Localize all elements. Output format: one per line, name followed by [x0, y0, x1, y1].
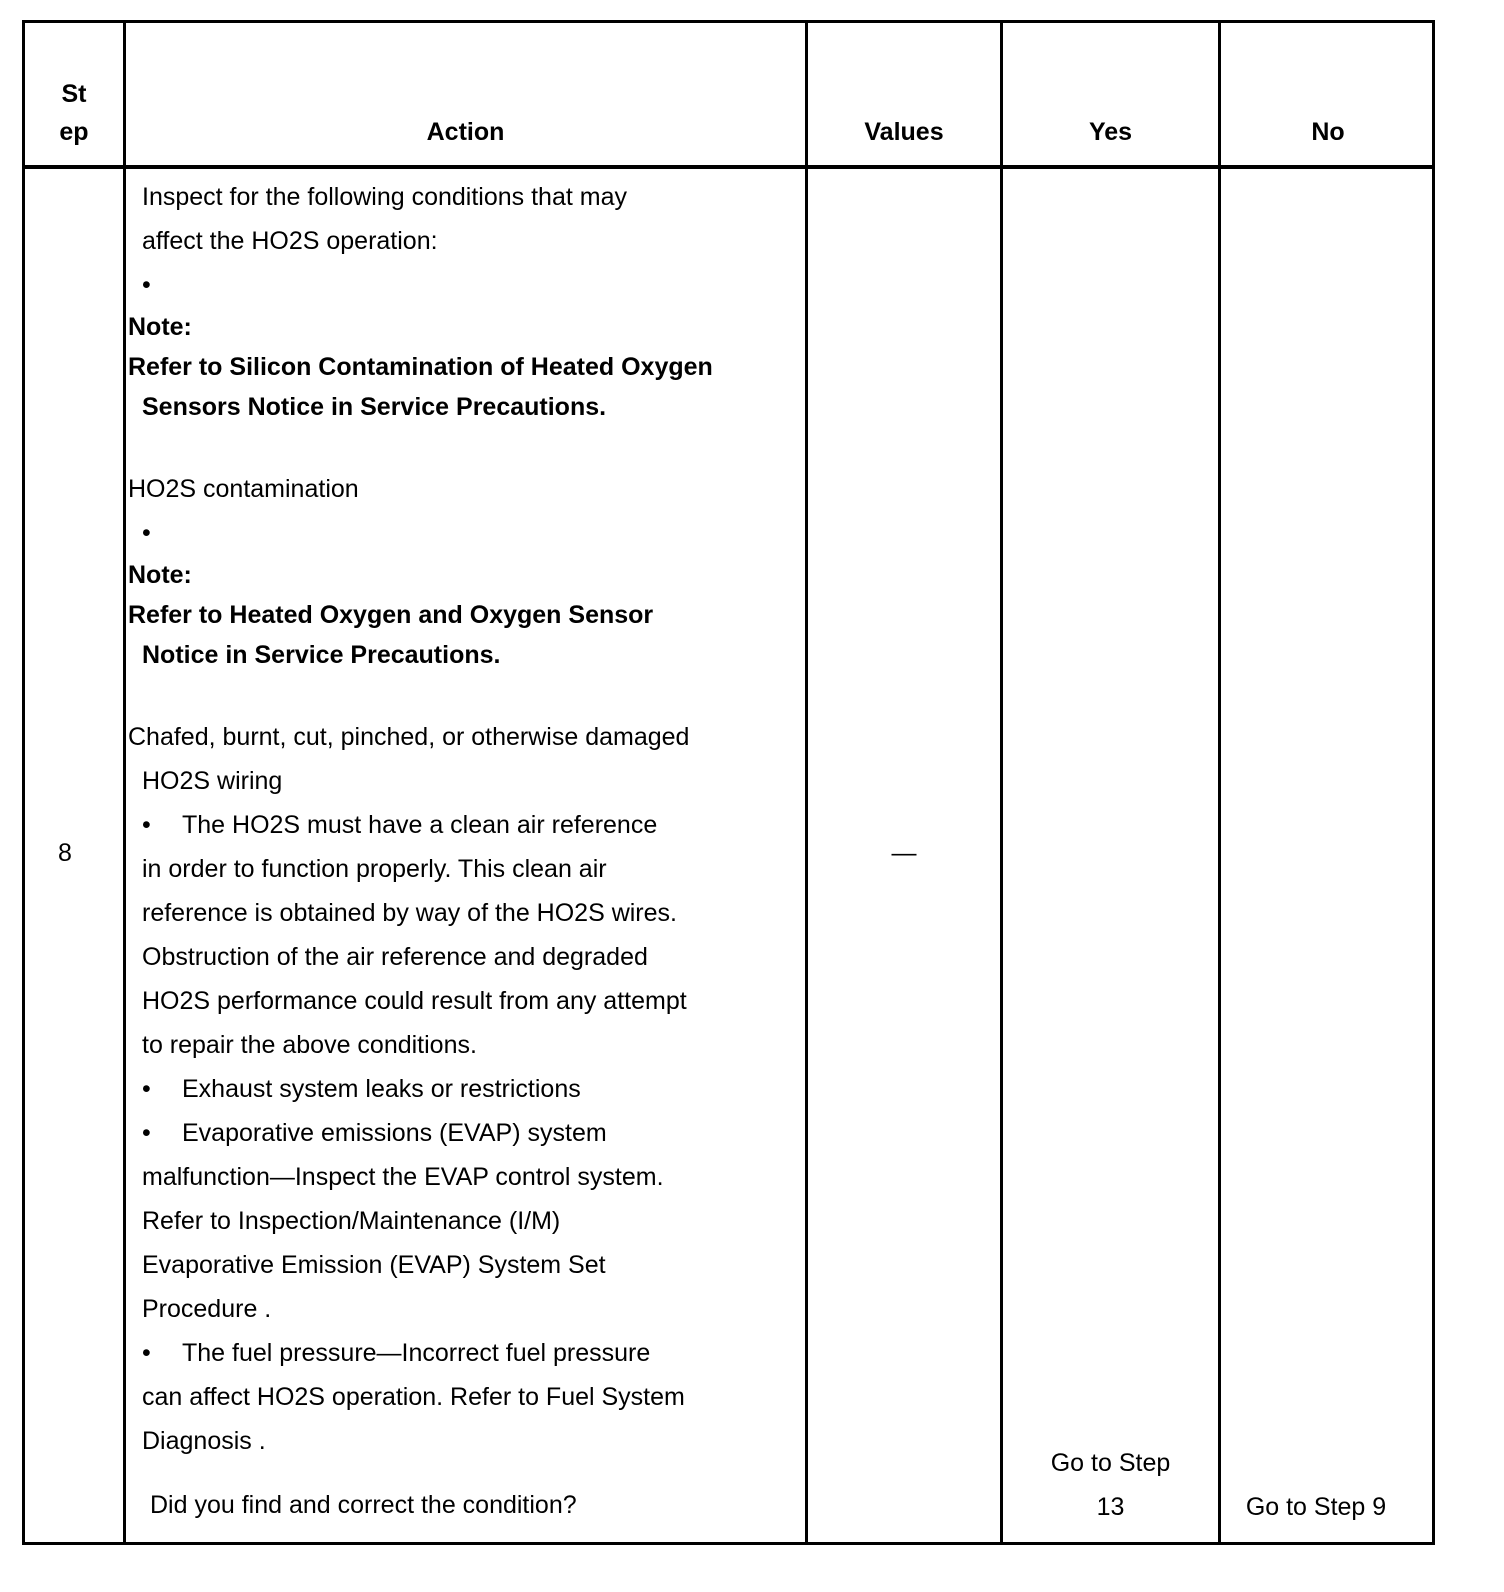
blank-line: [128, 427, 803, 467]
bullet-text: Evaporative emissions (EVAP) system: [182, 1119, 607, 1147]
action-line: •: [128, 511, 803, 555]
action-line: affect the HO2S operation:: [128, 219, 803, 263]
no-cell[interactable]: Go to Step 9: [1221, 1485, 1411, 1529]
column-divider: [1218, 23, 1221, 1542]
bullet-item: •Evaporative emissions (EVAP) system: [128, 1111, 803, 1155]
yes-link-line[interactable]: 13: [1003, 1485, 1218, 1529]
bullet-text: The fuel pressure—Incorrect fuel pressur…: [182, 1339, 650, 1367]
header-action: Action: [126, 113, 805, 151]
bullet-text: The HO2S must have a clean air reference: [182, 811, 657, 839]
action-line: HO2S performance could result from any a…: [128, 979, 803, 1023]
note-line: Note:: [128, 307, 803, 347]
action-line: Diagnosis .: [128, 1419, 803, 1463]
header-step: St ep: [25, 75, 123, 151]
action-line: HO2S contamination: [128, 467, 803, 511]
header-step-line: St: [25, 75, 123, 113]
action-line: in order to function properly. This clea…: [128, 847, 803, 891]
action-line: Obstruction of the air reference and deg…: [128, 935, 803, 979]
bullet-icon: •: [142, 1331, 182, 1375]
action-line: reference is obtained by way of the HO2S…: [128, 891, 803, 935]
header-yes: Yes: [1003, 113, 1218, 151]
action-question: Did you find and correct the condition?: [150, 1483, 800, 1527]
header-step-line: ep: [25, 113, 123, 151]
note-line: Note:: [128, 555, 803, 595]
action-line: to repair the above conditions.: [128, 1023, 803, 1067]
action-line: can affect HO2S operation. Refer to Fuel…: [128, 1375, 803, 1419]
bullet-icon: •: [142, 1067, 182, 1111]
note-line: Sensors Notice in Service Precautions.: [128, 387, 803, 427]
note-line: Notice in Service Precautions.: [128, 635, 803, 675]
column-divider: [805, 23, 808, 1542]
bullet-text: Exhaust system leaks or restrictions: [182, 1075, 581, 1103]
bullet-icon: •: [142, 803, 182, 847]
bullet-item: •The fuel pressure—Incorrect fuel pressu…: [128, 1331, 803, 1375]
values-cell: —: [808, 831, 1000, 875]
column-divider: [123, 23, 126, 1542]
step-number: 8: [25, 831, 105, 875]
action-line: Inspect for the following conditions tha…: [128, 175, 803, 219]
header-values: Values: [808, 113, 1000, 151]
action-line: •: [128, 263, 803, 307]
bullet-item: •The HO2S must have a clean air referenc…: [128, 803, 803, 847]
column-divider: [1000, 23, 1003, 1542]
yes-cell[interactable]: Go to Step 13: [1003, 1441, 1218, 1529]
note-line: Refer to Silicon Contamination of Heated…: [128, 347, 803, 387]
action-line: Refer to Inspection/Maintenance (I/M): [128, 1199, 803, 1243]
bullet-icon: •: [142, 1111, 182, 1155]
note-line: Refer to Heated Oxygen and Oxygen Sensor: [128, 595, 803, 635]
diagnostic-table: St ep Action Values Yes No 8 Inspect for…: [22, 20, 1435, 1545]
bullet-item: •Exhaust system leaks or restrictions: [128, 1067, 803, 1111]
header-divider: [25, 165, 1432, 169]
action-line: HO2S wiring: [128, 759, 803, 803]
header-no: No: [1221, 113, 1435, 151]
action-line: Evaporative Emission (EVAP) System Set: [128, 1243, 803, 1287]
action-line: Chafed, burnt, cut, pinched, or otherwis…: [128, 715, 803, 759]
action-line: malfunction—Inspect the EVAP control sys…: [128, 1155, 803, 1199]
yes-link-line[interactable]: Go to Step: [1003, 1441, 1218, 1485]
action-line: Procedure .: [128, 1287, 803, 1331]
action-cell: Inspect for the following conditions tha…: [128, 175, 803, 1463]
blank-line: [128, 675, 803, 715]
